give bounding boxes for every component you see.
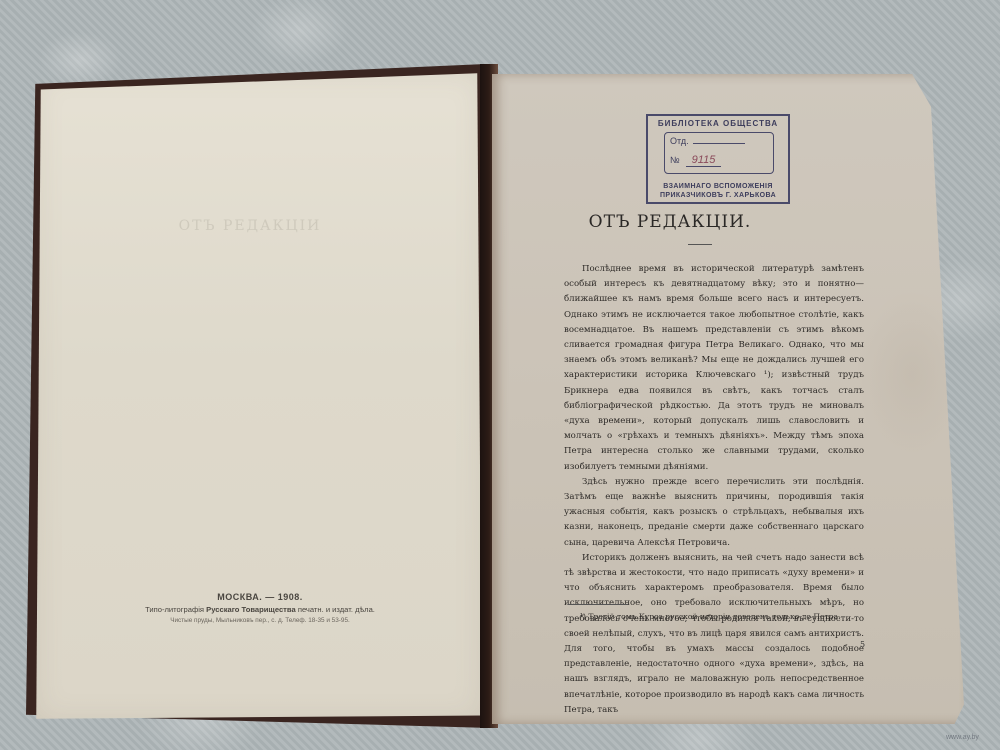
imprint-printer-suffix: печатн. и издат. дѣла. bbox=[298, 605, 375, 614]
imprint-city-year: МОСКВА. — 1908. bbox=[100, 592, 420, 602]
imprint-address: Чистые пруды, Мыльниковъ пер., с. д. Тел… bbox=[100, 617, 420, 624]
title-rule bbox=[688, 244, 712, 245]
imprint-printer-name: Русскаго Товарищества bbox=[206, 605, 296, 614]
page-number: 5 bbox=[860, 640, 865, 649]
printer-imprint: МОСКВА. — 1908. Типо-литографія Русскаго… bbox=[100, 592, 420, 624]
paragraph: Историкъ долженъ выяснить, на чей счетъ … bbox=[564, 551, 864, 718]
stamp-department-row: Отд. bbox=[670, 136, 745, 146]
stamp-field-label: Отд. bbox=[670, 136, 689, 146]
imprint-printer: Типо-литографія Русскаго Товарищества пе… bbox=[100, 605, 420, 614]
paragraph: Здѣсь нужно прежде всего перечислить эти… bbox=[564, 475, 864, 551]
stamp-number-value: 9115 bbox=[686, 154, 722, 167]
stamp-number-row: №9115 bbox=[670, 154, 721, 166]
left-page bbox=[34, 70, 484, 722]
chapter-title: ОТЪ РЕДАКЦІИ. bbox=[560, 212, 780, 232]
stamp-number-label: № bbox=[670, 155, 680, 165]
show-through-text: ОТЪ РЕДАКЦІИ bbox=[130, 218, 370, 234]
stamp-bottom-line-1: ВЗАИМНАГО ВСПОМОЖЕНІЯ bbox=[648, 182, 788, 191]
stamp-bottom-text: ВЗАИМНАГО ВСПОМОЖЕНІЯ ПРИКАЗЧИКОВЪ Г. ХА… bbox=[648, 182, 788, 200]
footnote-rule bbox=[568, 604, 628, 605]
stamp-blank-line bbox=[693, 143, 745, 144]
paragraph: Послѣднее время въ исторической литерату… bbox=[564, 262, 864, 475]
imprint-printer-prefix: Типо-литографія bbox=[145, 605, 204, 614]
stamp-bottom-line-2: ПРИКАЗЧИКОВЪ Г. ХАРЬКОВА bbox=[648, 191, 788, 200]
watermark: www.ay.by bbox=[946, 734, 979, 741]
footnote: ¹) Третій томъ Курса русской исторіи дов… bbox=[580, 612, 870, 621]
library-stamp: БИБЛІОТЕКА ОБЩЕСТВА Отд. №9115 ВЗАИМНАГО… bbox=[646, 114, 790, 204]
stamp-top-text: БИБЛІОТЕКА ОБЩЕСТВА bbox=[648, 119, 788, 128]
body-text: Послѣднее время въ исторической литерату… bbox=[564, 262, 864, 718]
